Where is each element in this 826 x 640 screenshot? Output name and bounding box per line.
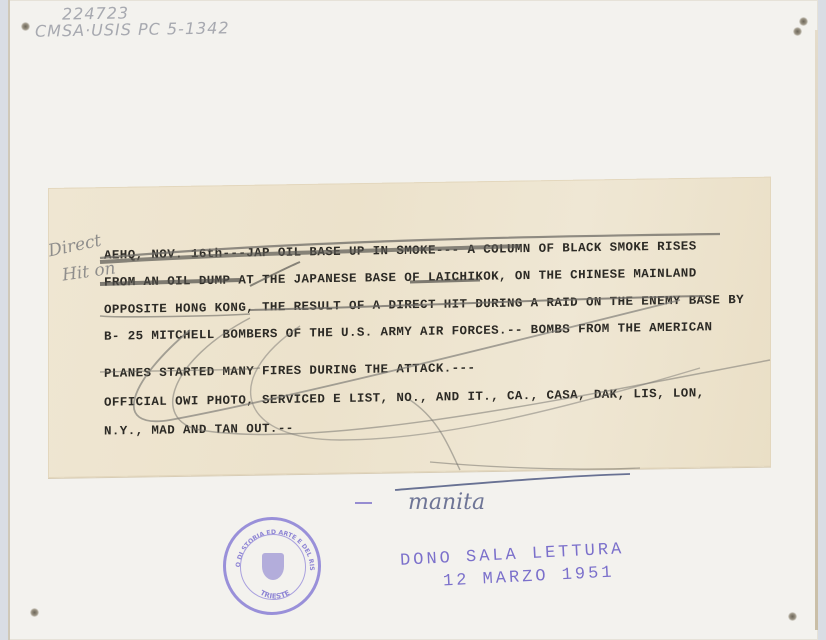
seal-inner-ring [240, 534, 306, 600]
pinhole-mark [21, 22, 30, 31]
pinhole-mark [30, 608, 39, 617]
archive-reference: CMSA·USIS PC 5-1342 [35, 18, 230, 40]
shield-icon [262, 553, 284, 580]
pinhole-mark [788, 612, 797, 621]
museum-seal-stamp: MUSEO CIVICO DI STORIA ED ARTE E DEL RIS… [223, 517, 321, 615]
sheet-edge-right [815, 30, 818, 630]
sheet-edge-left [8, 0, 10, 640]
pinhole-mark [793, 27, 802, 36]
pinhole-mark [799, 17, 808, 26]
caption-line-7: N.Y., MAD AND TAN OUT.-- [104, 422, 294, 439]
handwritten-signature: manita [408, 490, 485, 515]
